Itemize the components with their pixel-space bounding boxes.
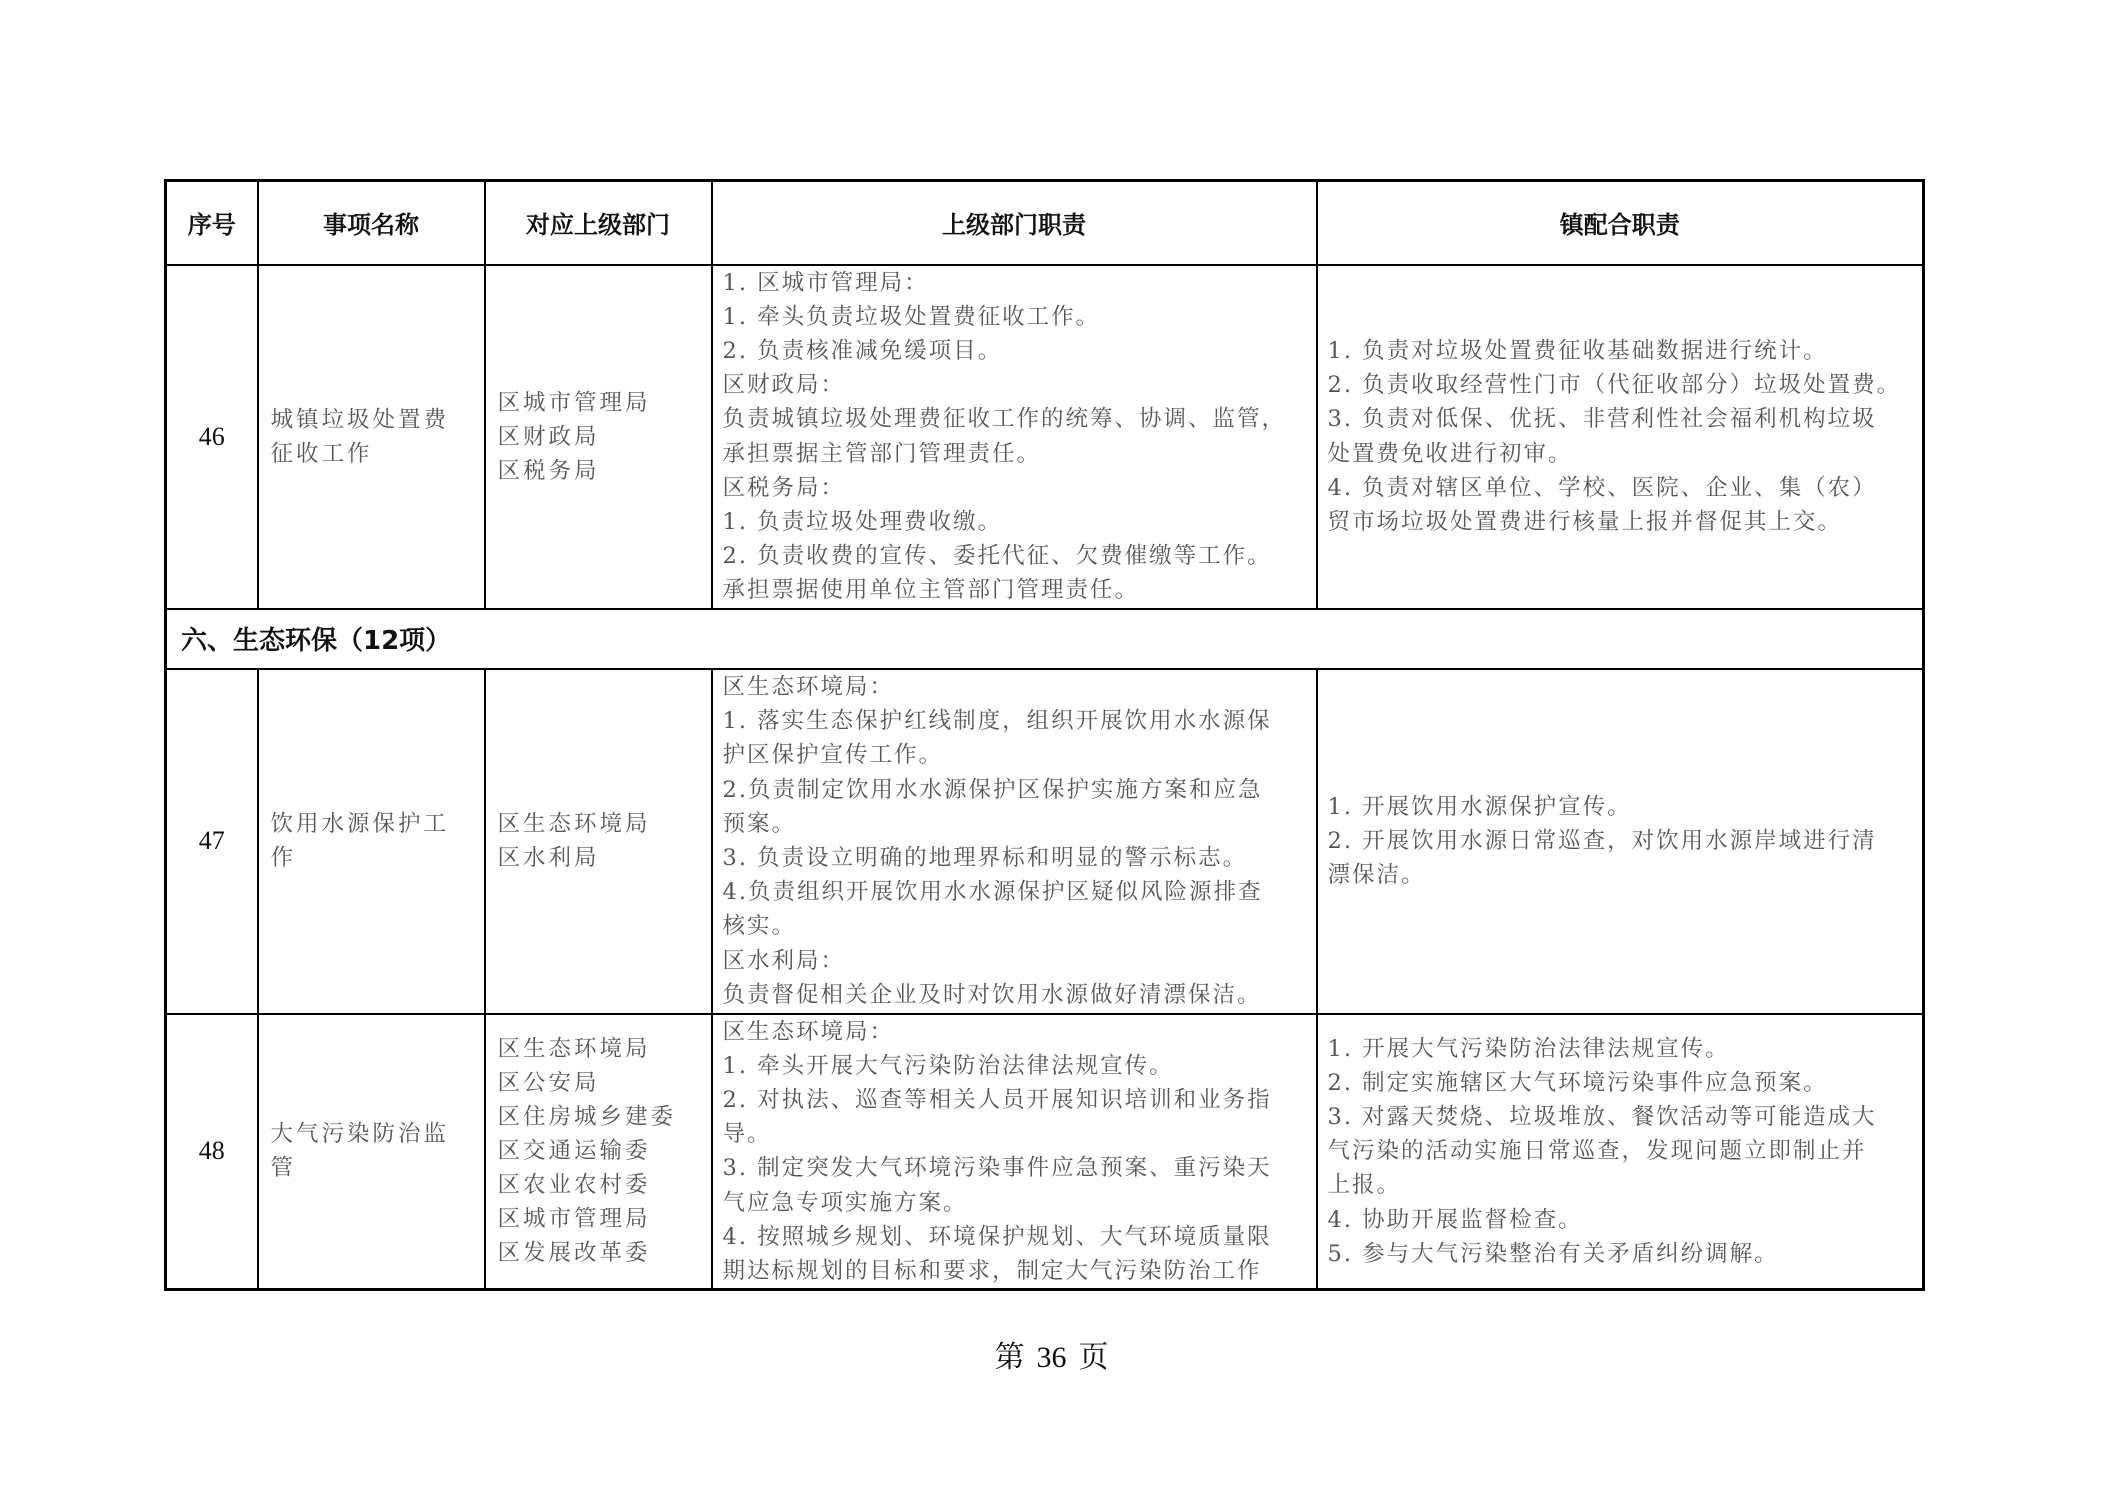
table-header-row: 序号 事项名称 对应上级部门 上级部门职责 镇配合职责 xyxy=(166,181,1924,265)
item-name: 大气污染防治监 管 xyxy=(258,1014,485,1290)
header-upper-department: 对应上级部门 xyxy=(485,181,712,265)
item-name: 饮用水源保护工 作 xyxy=(258,669,485,1014)
page-suffix: 页 xyxy=(1079,1341,1109,1374)
page-prefix: 第 xyxy=(995,1341,1025,1374)
item-name: 城镇垃圾处置费 征收工作 xyxy=(258,265,485,609)
row-number: 47 xyxy=(166,669,258,1014)
town-duties: 1. 负责对垃圾处置费征收基础数据进行统计。 2. 负责收取经营性门市（代征收部… xyxy=(1317,265,1924,609)
upper-departments: 区城市管理局 区财政局 区税务局 xyxy=(485,265,712,609)
section-title: 六、生态环保（12项） xyxy=(166,609,1924,669)
upper-duties: 1. 区城市管理局： 1. 牵头负责垃圾处置费征收工作。 2. 负责核准减免缓项… xyxy=(712,265,1317,609)
row-number: 46 xyxy=(166,265,258,609)
town-duties: 1. 开展饮用水源保护宣传。 2. 开展饮用水源日常巡查，对饮用水源岸域进行清 … xyxy=(1317,669,1924,1014)
header-upper-duties: 上级部门职责 xyxy=(712,181,1317,265)
table-row: 46 城镇垃圾处置费 征收工作 区城市管理局 区财政局 区税务局 1. 区城市管… xyxy=(166,265,1924,609)
upper-departments: 区生态环境局 区公安局 区住房城乡建委 区交通运输委 区农业农村委 区城市管理局… xyxy=(485,1014,712,1290)
upper-duties: 区生态环境局： 1. 牵头开展大气污染防治法律法规宣传。 2. 对执法、巡查等相… xyxy=(712,1014,1317,1290)
table-row: 48 大气污染防治监 管 区生态环境局 区公安局 区住房城乡建委 区交通运输委 … xyxy=(166,1014,1924,1290)
page-number: 36 xyxy=(1037,1341,1067,1374)
duty-table: 序号 事项名称 对应上级部门 上级部门职责 镇配合职责 46 城镇垃圾处置费 征… xyxy=(164,179,1925,1291)
header-town-duties: 镇配合职责 xyxy=(1317,181,1924,265)
section-row: 六、生态环保（12项） xyxy=(166,609,1924,669)
page-footer: 第36页 xyxy=(0,1332,2103,1376)
upper-departments: 区生态环境局 区水利局 xyxy=(485,669,712,1014)
upper-duties: 区生态环境局： 1. 落实生态保护红线制度，组织开展饮用水水源保 护区保护宣传工… xyxy=(712,669,1317,1014)
header-serial-number: 序号 xyxy=(166,181,258,265)
header-item-name: 事项名称 xyxy=(258,181,485,265)
row-number: 48 xyxy=(166,1014,258,1290)
town-duties: 1. 开展大气污染防治法律法规宣传。 2. 制定实施辖区大气环境污染事件应急预案… xyxy=(1317,1014,1924,1290)
table-row: 47 饮用水源保护工 作 区生态环境局 区水利局 区生态环境局： 1. 落实生态… xyxy=(166,669,1924,1014)
